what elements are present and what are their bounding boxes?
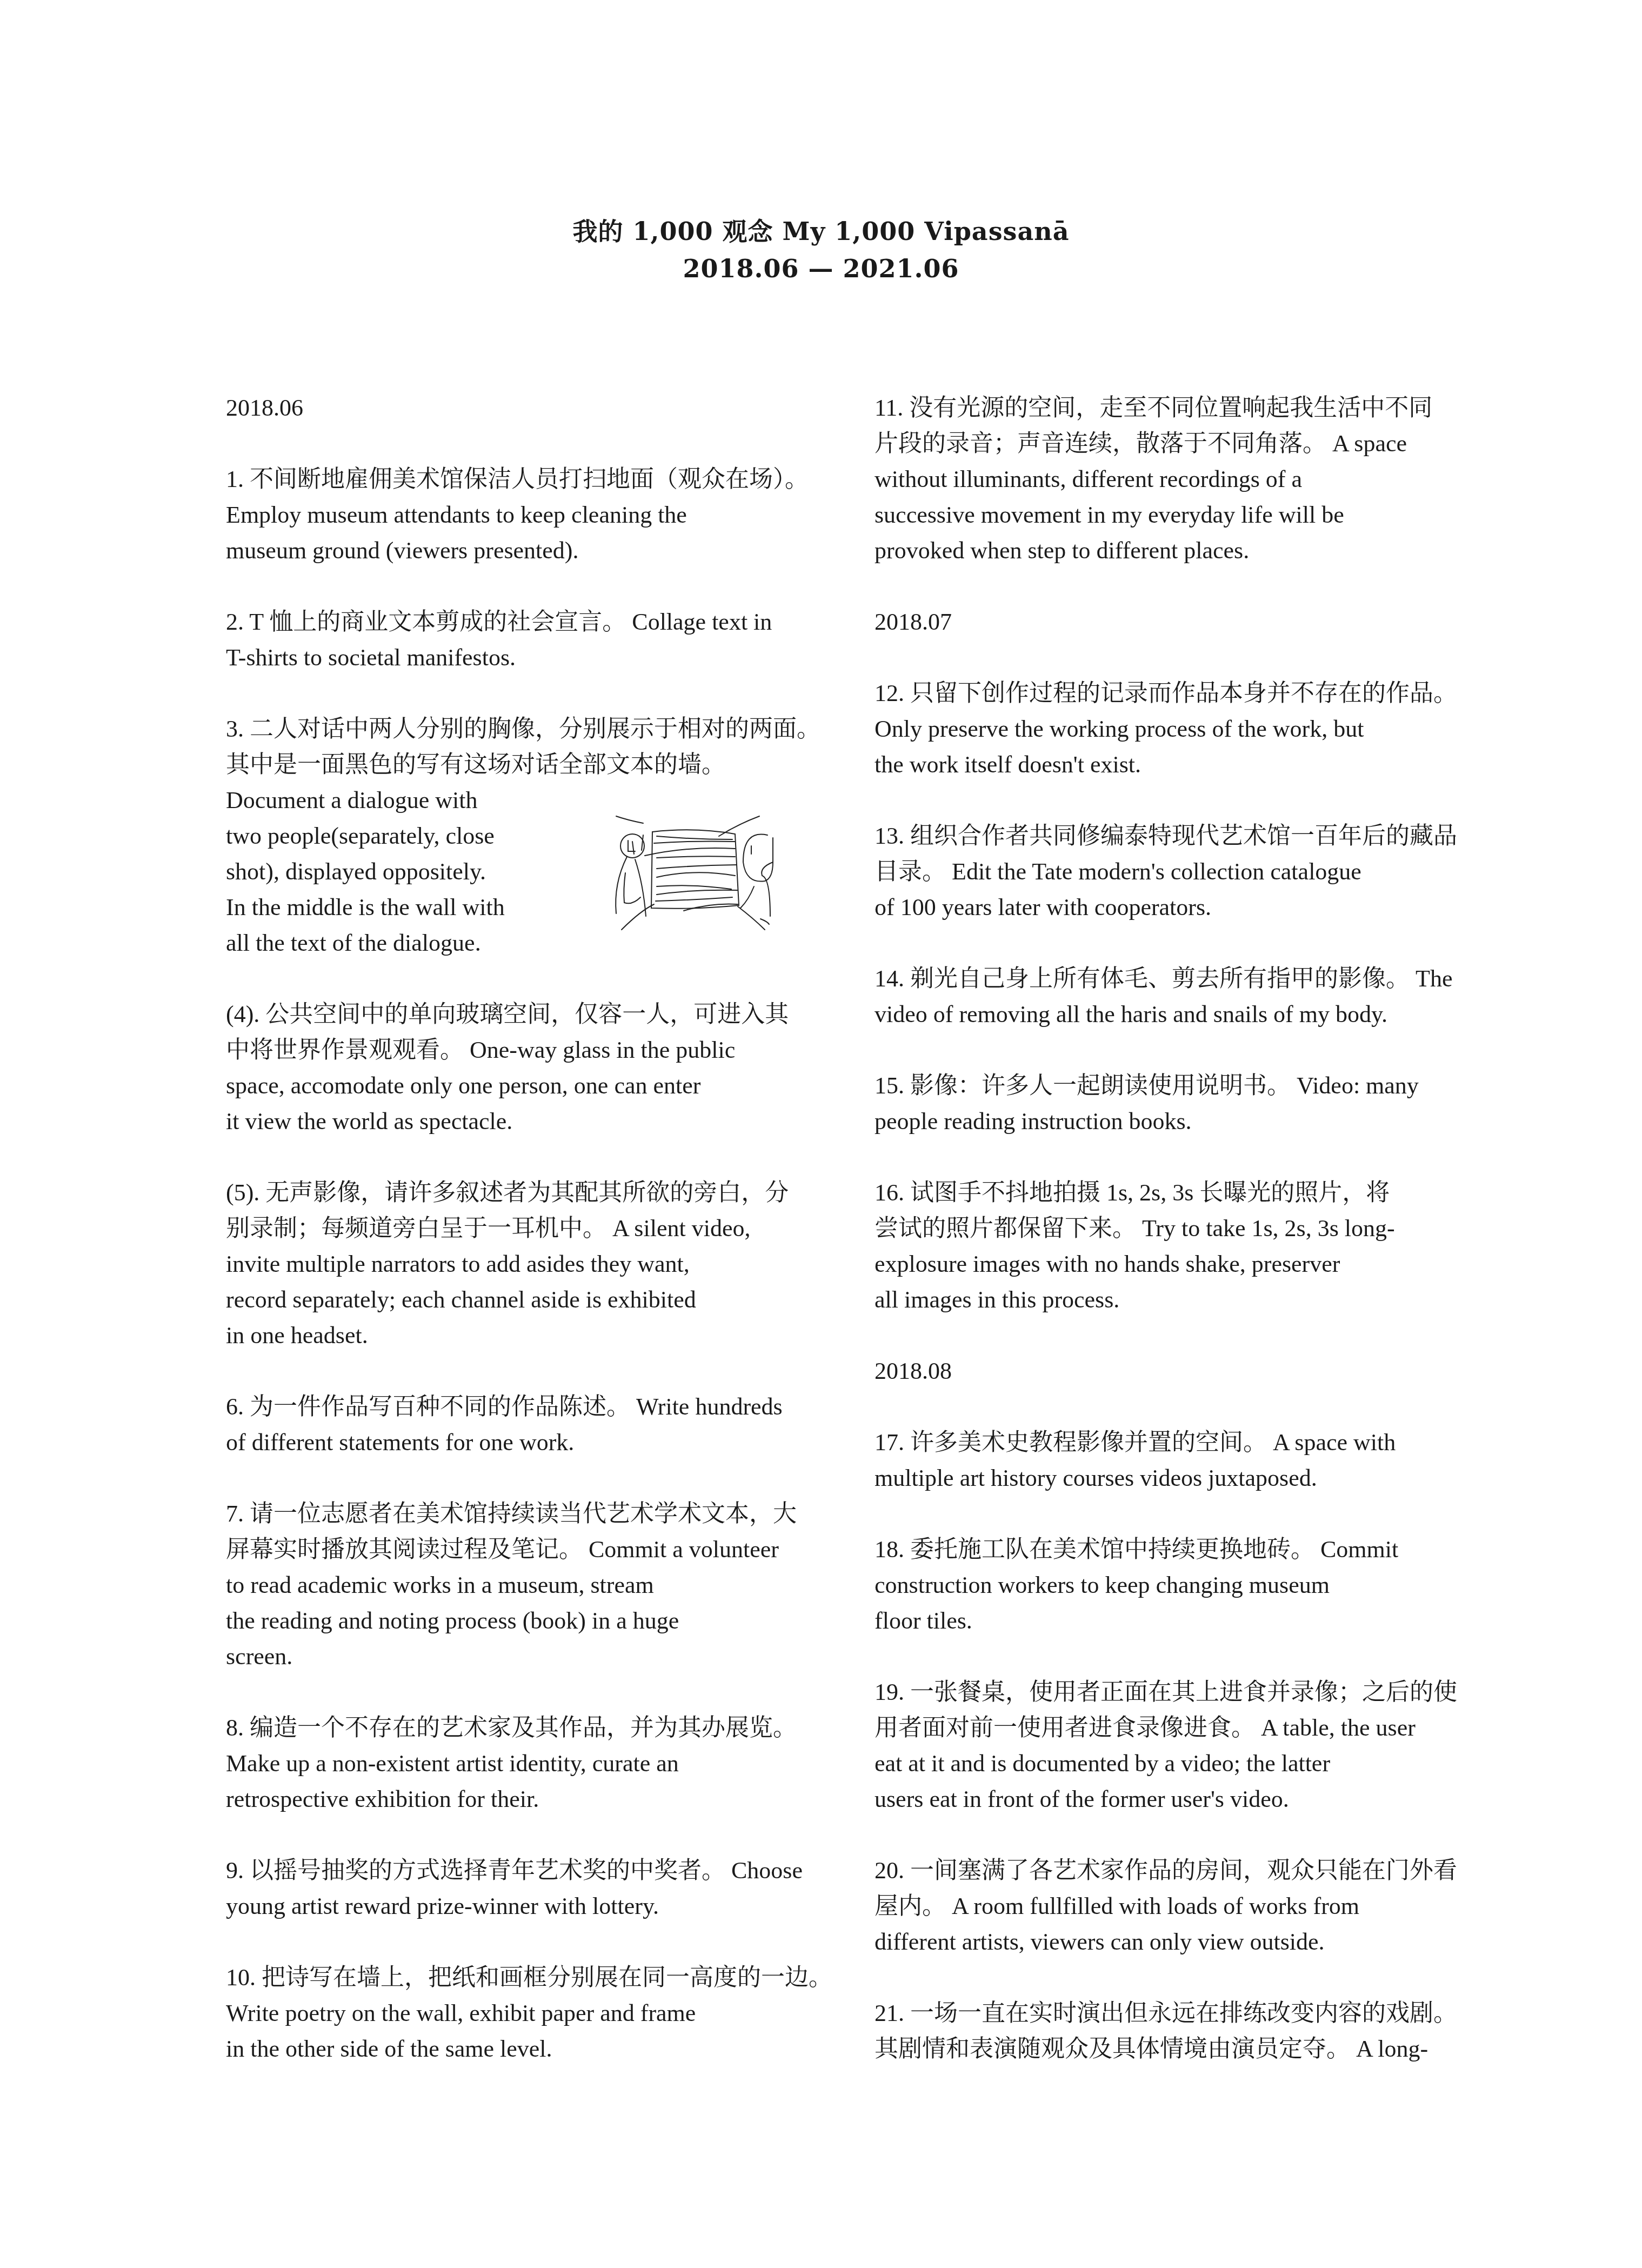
paragraph-gap bbox=[226, 569, 826, 604]
text-line: different artists, viewers can only view… bbox=[875, 1924, 1474, 1960]
paragraph-gap bbox=[875, 1389, 1474, 1425]
text-line: 3. 二人对话中两人分别的胸像，分别展示于相对的两面。 bbox=[226, 711, 826, 747]
paragraph-gap bbox=[875, 925, 1474, 961]
text-line: 7. 请一位志愿者在美术馆持续读当代艺术学术文本，大 bbox=[226, 1496, 826, 1532]
text-line: 片段的录音；声音连续，散落于不同角落。 A space bbox=[875, 426, 1474, 462]
paragraph-gap bbox=[226, 1924, 826, 1960]
paragraph-gap bbox=[875, 1960, 1474, 1996]
paragraph-gap bbox=[226, 1353, 826, 1389]
text-line: the work itself doesn't exist. bbox=[875, 747, 1474, 783]
text-line: 别录制；每频道旁白呈于一耳机中。 A silent video, bbox=[226, 1211, 826, 1246]
text-line: Write poetry on the wall, exhibit paper … bbox=[226, 1996, 826, 2031]
text-line: 21. 一场一直在实时演出但永远在排练改变内容的戏剧。 bbox=[875, 1996, 1474, 2031]
paragraph-gap bbox=[875, 1032, 1474, 1068]
text-line: 6. 为一件作品写百种不同的作品陈述。 Write hundreds bbox=[226, 1389, 826, 1425]
text-line: of 100 years later with cooperators. bbox=[875, 890, 1474, 925]
text-line: 13. 组织合作者共同修编泰特现代艺术馆一百年后的藏品 bbox=[875, 818, 1474, 854]
paragraph-gap bbox=[875, 783, 1474, 818]
text-line: 9. 以摇号抽奖的方式选择青年艺术奖的中奖者。 Choose bbox=[226, 1853, 826, 1889]
text-line: it view the world as spectacle. bbox=[226, 1104, 826, 1139]
text-line: the reading and noting process (book) in… bbox=[226, 1603, 826, 1639]
paragraph-gap bbox=[226, 676, 826, 711]
paragraph-gap bbox=[875, 1639, 1474, 1675]
text-line: 8. 编造一个不存在的艺术家及其作品，并为其办展览。 bbox=[226, 1710, 826, 1746]
paragraph-gap bbox=[226, 1675, 826, 1710]
text-line: 屋内。 A room fullfilled with loads of work… bbox=[875, 1889, 1474, 1924]
text-line: users eat in front of the former user's … bbox=[875, 1782, 1474, 1817]
text-line: space, accomodate only one person, one c… bbox=[226, 1068, 826, 1104]
paragraph-gap bbox=[226, 961, 826, 997]
paragraph-gap bbox=[875, 569, 1474, 604]
text-line: 14. 剃光自己身上所有体毛、剪去所有指甲的影像。 The bbox=[875, 961, 1474, 997]
text-line: retrospective exhibition for their. bbox=[226, 1782, 826, 1817]
text-line: floor tiles. bbox=[875, 1603, 1474, 1639]
text-line: 屏幕实时播放其阅读过程及笔记。 Commit a volunteer bbox=[226, 1532, 826, 1567]
text-line: 其中是一面黑色的写有这场对话全部文本的墙。 bbox=[226, 747, 826, 783]
paragraph-gap bbox=[875, 1817, 1474, 1853]
date-range: 2018.06 — 2021.06 bbox=[0, 254, 1642, 283]
paragraph-gap bbox=[875, 640, 1474, 676]
paragraph-gap bbox=[226, 1139, 826, 1175]
paragraph-gap bbox=[875, 1139, 1474, 1175]
text-line: in the other side of the same level. bbox=[226, 2031, 826, 2067]
text-line: 尝试的照片都保留下来。 Try to take 1s, 2s, 3s long- bbox=[875, 1211, 1474, 1246]
text-line: 15. 影像：许多人一起朗读使用说明书。 Video: many bbox=[875, 1068, 1474, 1104]
text-line: 用者面对前一使用者进食录像进食。 A table, the user bbox=[875, 1710, 1474, 1746]
text-line: museum ground (viewers presented). bbox=[226, 533, 826, 569]
paragraph-gap bbox=[226, 1460, 826, 1496]
text-line: 2. T 恤上的商业文本剪成的社会宣言。 Collage text in bbox=[226, 604, 826, 640]
text-line: of different statements for one work. bbox=[226, 1425, 826, 1460]
paragraph-gap bbox=[226, 426, 826, 462]
month-heading: 2018.06 bbox=[226, 390, 826, 426]
text-line: young artist reward prize-winner with lo… bbox=[226, 1889, 826, 1924]
text-line: 20. 一间塞满了各艺术家作品的房间，观众只能在门外看 bbox=[875, 1853, 1474, 1889]
text-line: to read academic works in a museum, stre… bbox=[226, 1567, 826, 1603]
text-line: in one headset. bbox=[226, 1318, 826, 1353]
text-line: record separately; each channel aside is… bbox=[226, 1282, 826, 1318]
text-line: multiple art history courses videos juxt… bbox=[875, 1460, 1474, 1496]
text-line: 目录。 Edit the Tate modern's collection ca… bbox=[875, 854, 1474, 890]
paragraph-gap bbox=[226, 1817, 826, 1853]
left-column: 2018.061. 不间断地雇佣美术馆保洁人员打扫地面（观众在场）。Employ… bbox=[226, 390, 826, 2067]
text-line: 12. 只留下创作过程的记录而作品本身并不存在的作品。 bbox=[875, 676, 1474, 711]
paragraph-gap bbox=[875, 1318, 1474, 1353]
text-line: 10. 把诗写在墙上，把纸和画框分别展在同一高度的一边。 bbox=[226, 1960, 826, 1996]
text-line: 中将世界作景观观看。 One-way glass in the public bbox=[226, 1032, 826, 1068]
dialogue-wall-sketch-icon bbox=[603, 808, 797, 938]
text-line: 17. 许多美术史教程影像并置的空间。 A space with bbox=[875, 1425, 1474, 1460]
text-line: 1. 不间断地雇佣美术馆保洁人员打扫地面（观众在场）。 bbox=[226, 462, 826, 497]
text-line: 其剧情和表演随观众及具体情境由演员定夺。 A long- bbox=[875, 2031, 1474, 2067]
text-line: 11. 没有光源的空间，走至不同位置响起我生活中不同 bbox=[875, 390, 1474, 426]
text-line: 18. 委托施工队在美术馆中持续更换地砖。 Commit bbox=[875, 1532, 1474, 1567]
text-line: explosure images with no hands shake, pr… bbox=[875, 1246, 1474, 1282]
page-title: 我的 1,000 观念 My 1,000 Vipassanā bbox=[0, 212, 1642, 248]
text-line: screen. bbox=[226, 1639, 826, 1675]
text-line: (5). 无声影像，请许多叙述者为其配其所欲的旁白，分 bbox=[226, 1175, 826, 1211]
month-heading: 2018.07 bbox=[875, 604, 1474, 640]
month-heading: 2018.08 bbox=[875, 1353, 1474, 1389]
paragraph-gap bbox=[875, 1496, 1474, 1532]
text-line: invite multiple narrators to add asides … bbox=[226, 1246, 826, 1282]
text-line: 16. 试图手不抖地拍摄 1s, 2s, 3s 长曝光的照片，将 bbox=[875, 1175, 1474, 1211]
text-line: construction workers to keep changing mu… bbox=[875, 1567, 1474, 1603]
text-line: Employ museum attendants to keep cleanin… bbox=[226, 497, 826, 533]
text-line: 19. 一张餐桌，使用者正面在其上进食并录像；之后的使 bbox=[875, 1675, 1474, 1710]
text-line: successive movement in my everyday life … bbox=[875, 497, 1474, 533]
text-line: all images in this process. bbox=[875, 1282, 1474, 1318]
text-line: Only preserve the working process of the… bbox=[875, 711, 1474, 747]
text-line: people reading instruction books. bbox=[875, 1104, 1474, 1139]
text-line: without illuminants, different recording… bbox=[875, 462, 1474, 497]
right-column: 11. 没有光源的空间，走至不同位置响起我生活中不同片段的录音；声音连续，散落于… bbox=[875, 390, 1474, 2067]
text-line: eat at it and is documented by a video; … bbox=[875, 1746, 1474, 1782]
text-line: video of removing all the haris and snai… bbox=[875, 997, 1474, 1032]
text-line: T-shirts to societal manifestos. bbox=[226, 640, 826, 676]
text-line: provoked when step to different places. bbox=[875, 533, 1474, 569]
text-line: Make up a non-existent artist identity, … bbox=[226, 1746, 826, 1782]
text-line: (4). 公共空间中的单向玻璃空间，仅容一人，可进入其 bbox=[226, 997, 826, 1032]
